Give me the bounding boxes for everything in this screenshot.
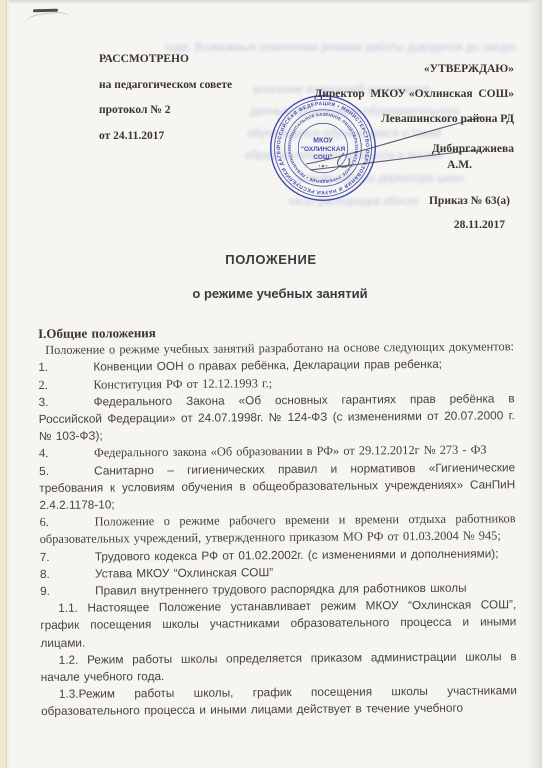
list-item-6: 6.Положение о режиме рабочего времени и … bbox=[39, 510, 515, 548]
director-signature bbox=[280, 98, 492, 182]
list-item-text: Положение о режиме рабочего времени и вр… bbox=[40, 511, 516, 546]
list-item-number: 3. bbox=[39, 393, 94, 411]
list-item-number: 9. bbox=[40, 583, 95, 601]
reviewed-line: протокол № 2 bbox=[99, 104, 232, 116]
document-title-block: ПОЛОЖЕНИЕ о режиме учебных занятий bbox=[0, 252, 542, 301]
reviewed-block: РАССМОТРЕНО на педагогическом совете про… bbox=[99, 53, 232, 155]
order-date: 28.11.2017 bbox=[429, 219, 510, 231]
list-item-number: 5. bbox=[39, 462, 94, 480]
page-right-edge bbox=[526, 0, 542, 768]
order-number: Приказ № 63(а) bbox=[429, 195, 510, 207]
list-item-3: 3.Федерального Закона «Об основных гаран… bbox=[39, 390, 515, 445]
list-item-text: Федерального Закона «Об основных гаранти… bbox=[39, 391, 515, 443]
order-block: Приказ № 63(а) 28.11.2017 bbox=[429, 195, 510, 243]
reviewed-line: на педагогическом совете bbox=[99, 79, 232, 91]
list-item-text: Конвенции ООН о правах ребёнка, Декларац… bbox=[93, 357, 442, 374]
document-title: ПОЛОЖЕНИЕ bbox=[0, 252, 542, 267]
list-item-number: 4. bbox=[39, 445, 94, 463]
sub-item-1-3: 1.3.Режим работы школы, график посещения… bbox=[41, 683, 517, 721]
list-item-text: Правил внутреннего трудового распорядка … bbox=[95, 581, 467, 598]
list-item-5: 5.Санитарно – гигиенических правил и нор… bbox=[39, 459, 515, 514]
sub-item-1-2: 1.2. Режим работы школы определяется при… bbox=[41, 648, 517, 686]
list-item-number: 8. bbox=[40, 565, 95, 583]
reviewed-title: РАССМОТРЕНО bbox=[99, 53, 232, 65]
sub-item-1-1: 1.1. Настоящее Положение устанавливает р… bbox=[40, 597, 516, 652]
list-item-text: Санитарно – гигиенических правил и норма… bbox=[39, 460, 515, 512]
document-subtitle: о режиме учебных занятий bbox=[0, 286, 542, 301]
list-item-text: Конституция РФ от 12.12.1993 г.; bbox=[93, 376, 272, 391]
list-item-text: Устава МКОУ “Охлинская СОШ” bbox=[95, 565, 273, 580]
page-left-edge bbox=[0, 0, 9, 768]
corner-scan-curve bbox=[24, 10, 72, 32]
list-item-number: 2. bbox=[38, 376, 93, 394]
scanned-document-page: { "reviewed": { "title": "РАССМОТРЕНО", … bbox=[0, 0, 542, 768]
list-item-text: Трудового кодекса РФ от 01.02.2002г. (с … bbox=[95, 546, 499, 563]
approved-quote: «УТВЕРЖДАЮ» bbox=[314, 63, 514, 75]
list-item-text: Федерального закона «Об образовании в РФ… bbox=[94, 443, 487, 460]
list-item-number: 6. bbox=[39, 514, 94, 532]
document-body: I.Общие положения Положение о режиме уче… bbox=[38, 321, 517, 720]
reviewed-line: от 24.11.2017 bbox=[99, 130, 232, 142]
list-item-number: 1. bbox=[38, 359, 93, 377]
page-top-shadow bbox=[0, 0, 542, 4]
list-item-number: 7. bbox=[40, 548, 95, 566]
